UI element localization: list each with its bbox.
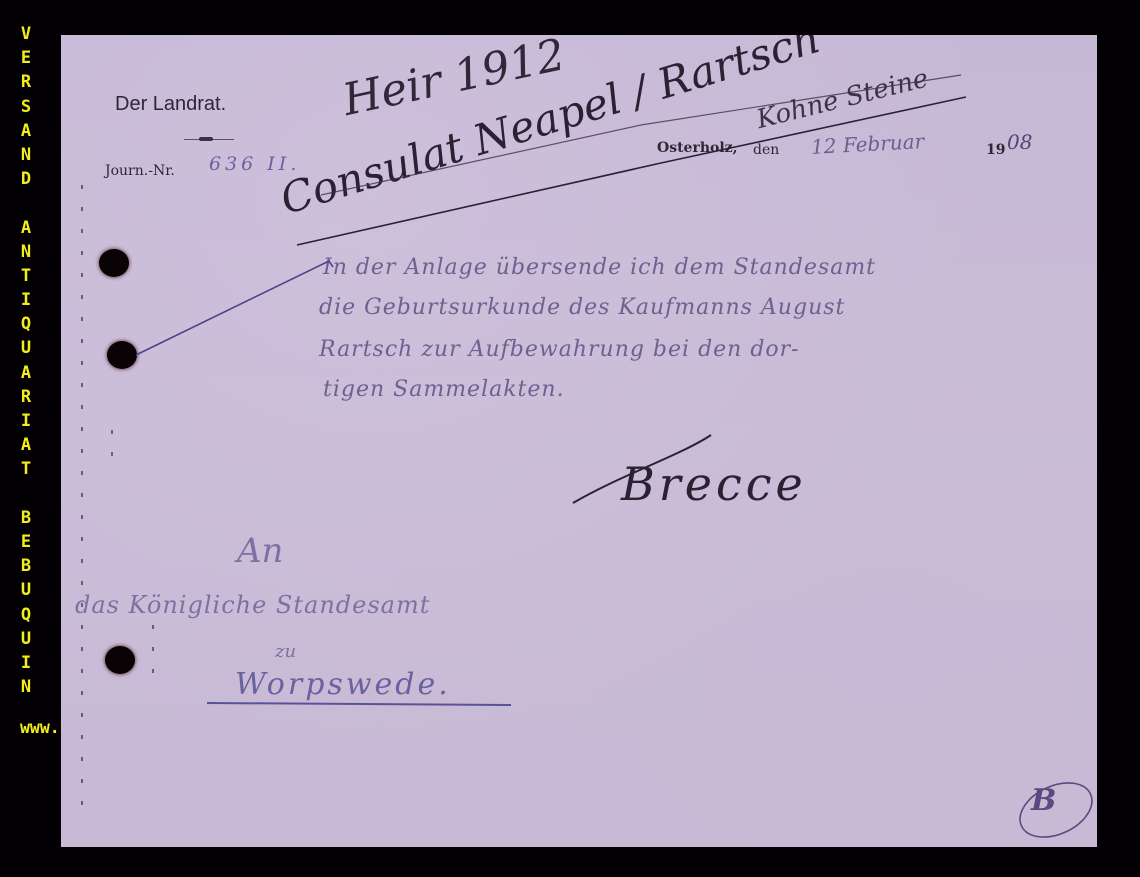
watermark-letter: E [14,530,38,554]
watermark-letter: A [14,216,38,240]
watermark-letter: T [14,264,38,288]
watermark-letter: A [14,433,38,457]
watermark-gap [14,482,38,506]
scan-stage: VERSANDANTIQUARIATBEBUQUIN www.bebuquin.… [0,0,1140,877]
watermark-letter: U [14,627,38,651]
watermark-letter: B [14,506,38,530]
watermark-letter: Q [14,312,38,336]
watermark-letter: U [14,578,38,602]
watermark-letter: D [14,167,38,191]
watermark-letter: V [14,22,38,46]
pen-strokes [61,35,1097,847]
watermark-letter: R [14,385,38,409]
watermark-letter: E [14,46,38,70]
vertical-watermark: VERSANDANTIQUARIATBEBUQUIN [14,22,38,699]
watermark-letter: A [14,119,38,143]
watermark-letter: I [14,651,38,675]
watermark-letter: B [14,554,38,578]
watermark-letter: I [14,409,38,433]
watermark-letter: N [14,675,38,699]
watermark-letter: N [14,143,38,167]
watermark-letter: U [14,336,38,360]
watermark-letter: Q [14,603,38,627]
watermark-gap [14,191,38,215]
watermark-letter: N [14,240,38,264]
watermark-letter: A [14,361,38,385]
watermark-letter: S [14,95,38,119]
watermark-letter: I [14,288,38,312]
letter-sheet: Der Landrat. Journ.-Nr. 636 II. Osterhol… [61,35,1097,847]
watermark-letter: T [14,457,38,481]
watermark-letter: R [14,70,38,94]
